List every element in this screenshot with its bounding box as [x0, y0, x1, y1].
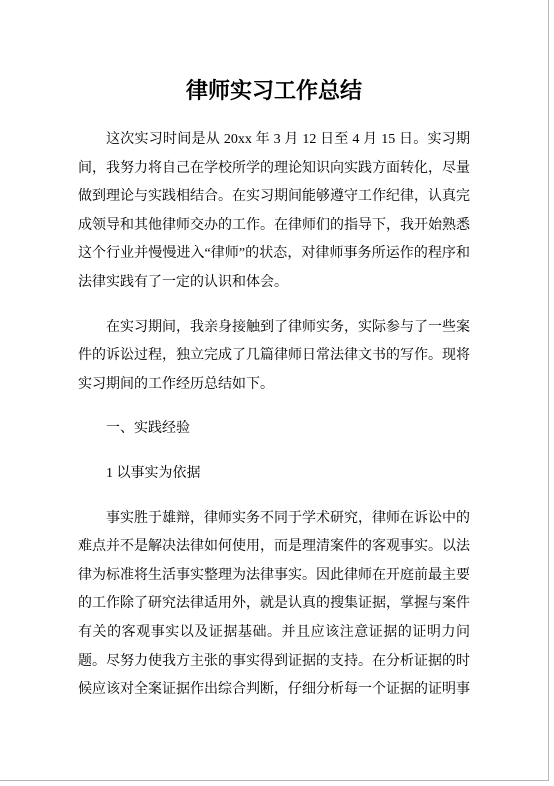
document-title: 律师实习工作总结 — [78, 76, 470, 106]
subsection-heading-facts-basis: 1 以事实为依据 — [78, 460, 470, 489]
document-content: 律师实习工作总结 这次实习时间是从 20xx 年 3 月 12 日至 4 月 1… — [0, 0, 470, 705]
paragraph-intro-dates: 这次实习时间是从 20xx 年 3 月 12 日至 4 月 15 日。实习期间，… — [78, 126, 470, 298]
document-viewport: { "page": { "background_color": "#ffffff… — [0, 0, 554, 786]
document-page: 律师实习工作总结 这次实习时间是从 20xx 年 3 月 12 日至 4 月 1… — [0, 0, 549, 781]
paragraph-summary-lead: 在实习期间，我亲身接触到了律师实务，实际参与了一些案件的诉讼过程，独立完成了几篇… — [78, 314, 470, 400]
paragraph-facts-discussion: 事实胜于雄辩，律师实务不同于学术研究，律师在诉讼中的难点并不是解决法律如何使用，… — [78, 505, 470, 705]
section-heading-practice-experience: 一、实践经验 — [78, 415, 470, 444]
